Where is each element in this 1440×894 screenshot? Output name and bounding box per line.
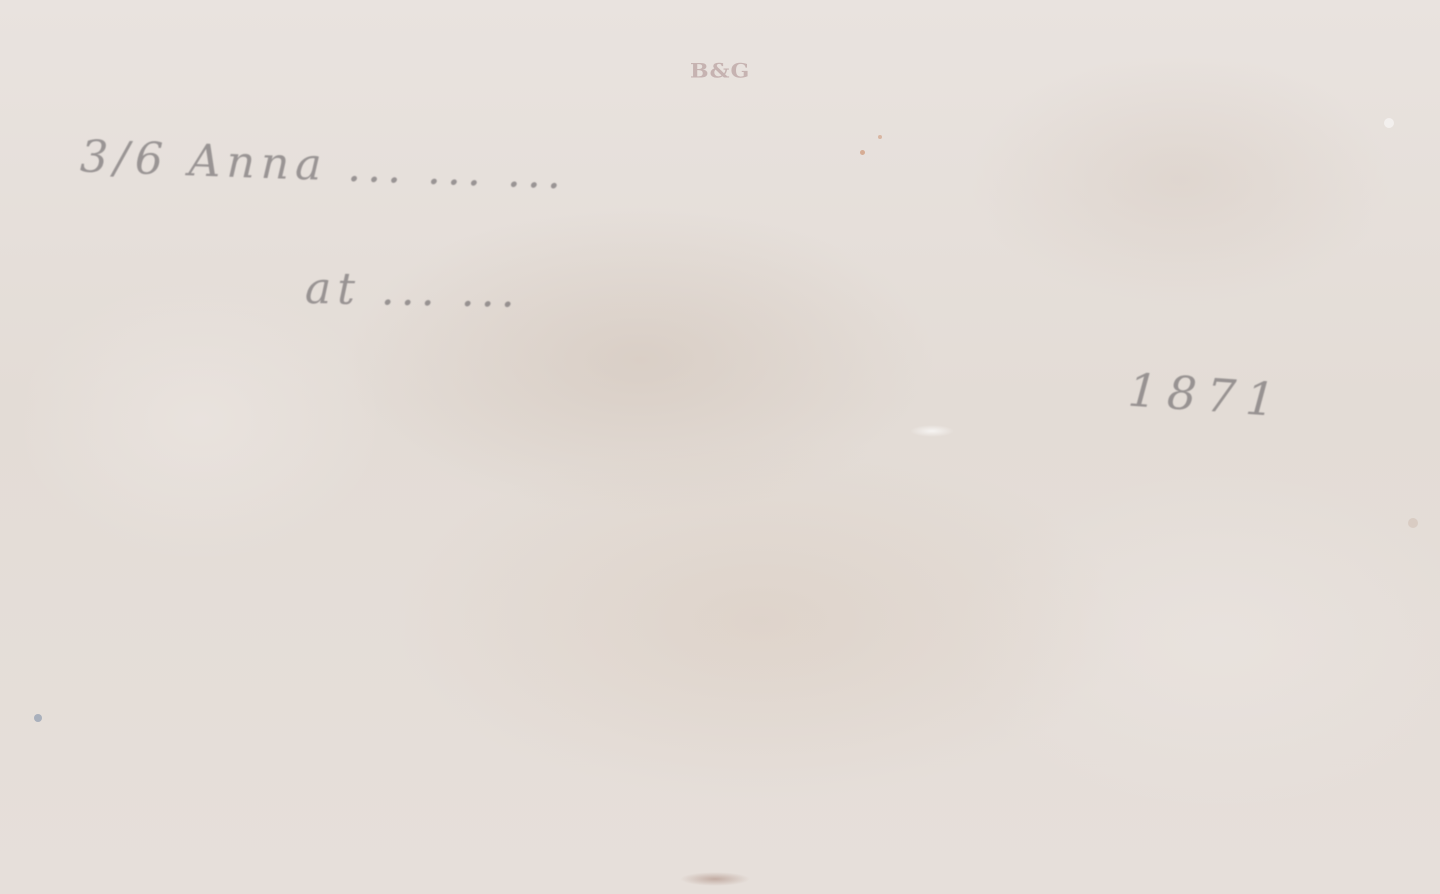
surface-scuff — [910, 425, 954, 437]
foxing-spot — [878, 135, 882, 139]
maker-stamp: B&G — [690, 59, 750, 82]
foxing-spot — [860, 150, 865, 155]
paper-surface: B&G 3/6 Anna ... ... ... at ... ... 1871 — [0, 0, 1440, 894]
ink-spot — [34, 714, 42, 722]
inscription-line-2: at ... ... — [305, 263, 522, 318]
inscription-line-1: 3/6 Anna ... ... ... — [79, 132, 568, 200]
edge-stain — [680, 872, 750, 886]
inscription-year: 1871 — [1126, 363, 1286, 428]
paper-blemish — [1408, 518, 1418, 528]
paper-blemish — [1384, 118, 1394, 128]
